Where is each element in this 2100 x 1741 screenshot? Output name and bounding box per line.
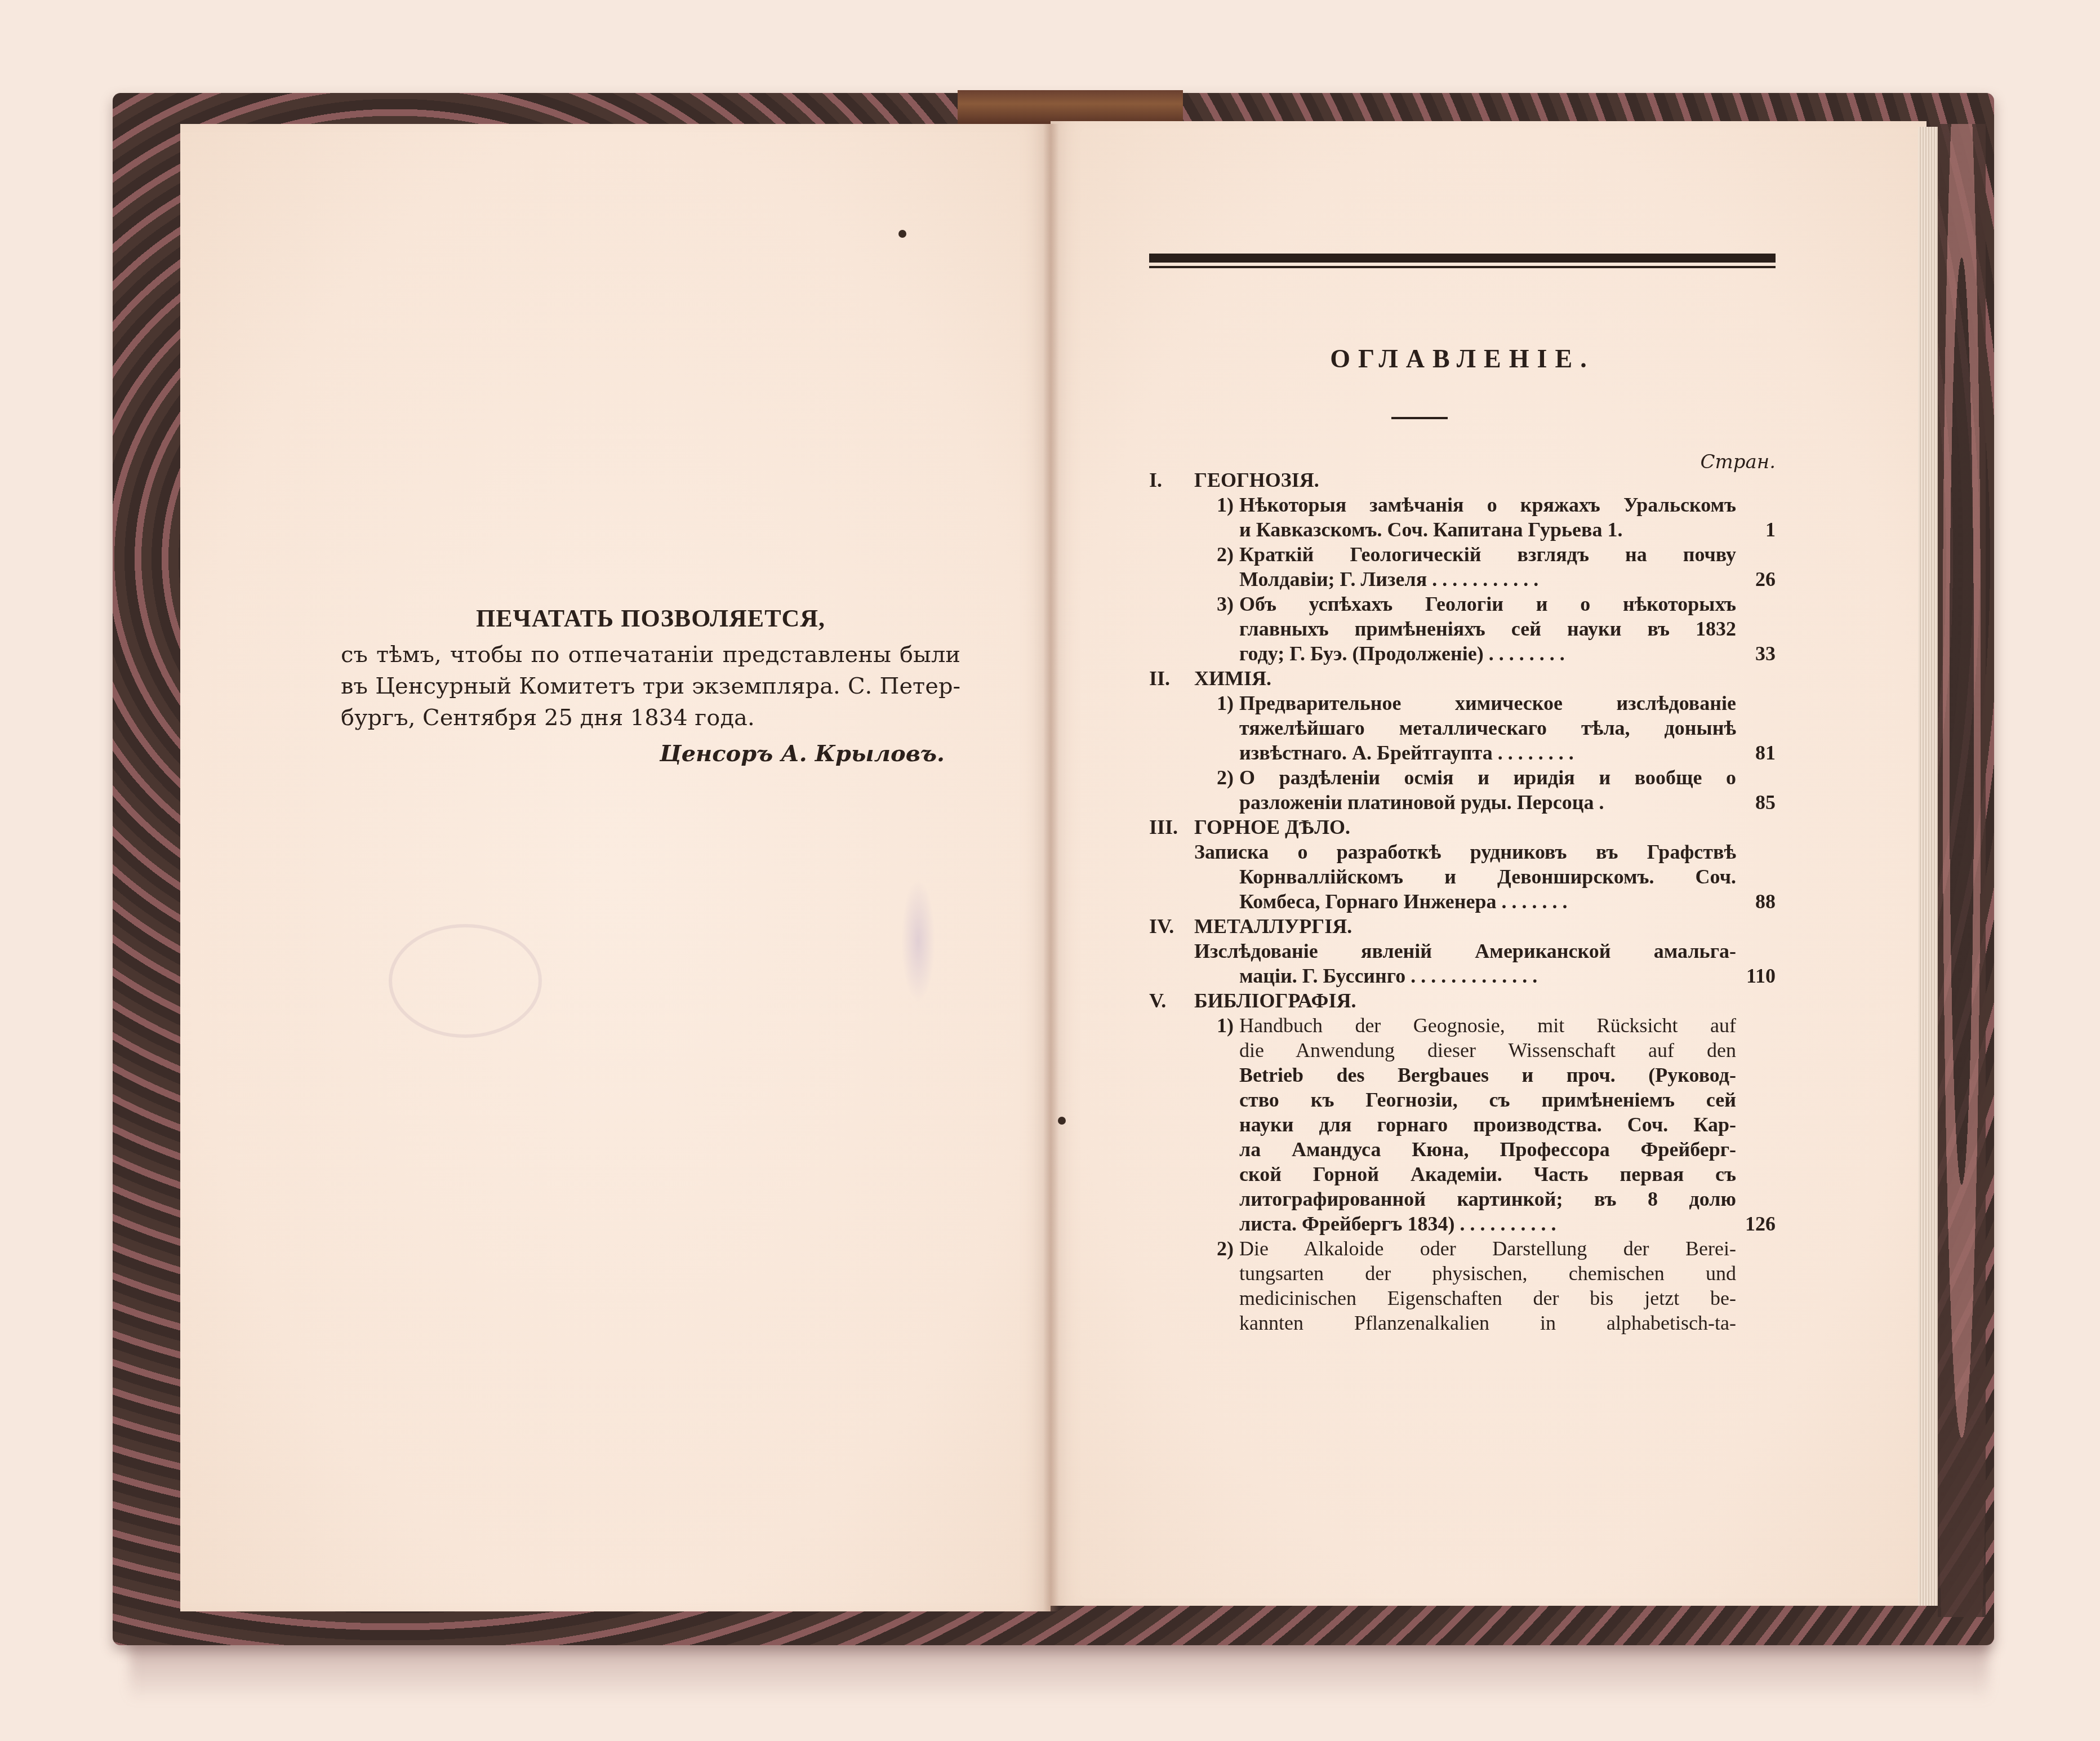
entry-line: die Anwendung dieser Wissenschaft auf de… bbox=[1239, 1038, 1736, 1063]
section-title: ГОРНОЕ ДѢЛО. bbox=[1194, 815, 1350, 840]
section-numeral: IV. bbox=[1149, 914, 1194, 939]
toc-entry[interactable]: 2) Краткій Геологическій взглядъ на почв… bbox=[1149, 542, 1776, 592]
entry-page-number: 126 bbox=[1736, 1211, 1776, 1236]
entry-line: Комбеса, Горнаго Инженера . . . . . . . bbox=[1239, 889, 1736, 914]
entry-page-number: 110 bbox=[1736, 963, 1776, 988]
ink-shelfmark-show-through bbox=[901, 879, 935, 1003]
section-numeral: V. bbox=[1149, 988, 1194, 1013]
section-numeral: II. bbox=[1149, 666, 1194, 691]
entry-line: главныхъ примѣненіяхъ сей науки въ 1832 bbox=[1239, 616, 1736, 641]
toc-entry[interactable]: 3) Объ успѣхахъ Геологіи и о нѣкоторыхъ … bbox=[1149, 592, 1776, 666]
imprimatur-line: бургъ, Сентября 25 дня 1834 года. bbox=[341, 702, 960, 734]
entry-line: литографированной картинкой; въ 8 долю bbox=[1239, 1187, 1736, 1211]
toc-section-heading: III. ГОРНОЕ ДѢЛО. bbox=[1149, 815, 1776, 840]
entry-line: medicinischen Eigenschaften der bis jetz… bbox=[1239, 1286, 1736, 1311]
entry-line: науки для горнаго производства. Соч. Кар… bbox=[1239, 1112, 1736, 1137]
section-title: МЕТАЛЛУРГІЯ. bbox=[1194, 914, 1352, 939]
toc-entry[interactable]: Изслѣдованіе явленій Американской амальг… bbox=[1149, 939, 1776, 988]
paper-speck bbox=[1058, 1117, 1066, 1125]
entry-line: и Кавказскомъ. Соч. Капитана Гурьева 1. bbox=[1239, 517, 1736, 542]
toc-title: ОГЛАВЛЕНІЕ. bbox=[1149, 344, 1776, 374]
entry-line: маціи. Г. Буссинго . . . . . . . . . . .… bbox=[1239, 963, 1736, 988]
entry-line: Записка о разработкѣ рудниковъ въ Графст… bbox=[1194, 840, 1736, 864]
entry-line: листа. Фрейбергъ 1834) . . . . . . . . .… bbox=[1239, 1211, 1736, 1236]
entry-number: 1) bbox=[1149, 691, 1239, 765]
entry-page-number: 81 bbox=[1736, 740, 1776, 765]
toc-entry[interactable]: 1) Handbuch der Geognosie, mit Rücksicht… bbox=[1149, 1013, 1776, 1236]
toc-section-heading: V. БИБЛІОГРАФІЯ. bbox=[1149, 988, 1776, 1013]
imprimatur-line: съ тѣмъ, чтобы по отпечатаніи представле… bbox=[341, 639, 960, 670]
entry-page-number: 26 bbox=[1736, 567, 1776, 592]
censorship-imprimatur: ПЕЧАТАТЬ ПОЗВОЛЯЕТСЯ, съ тѣмъ, чтобы по … bbox=[341, 603, 960, 770]
entry-line: Краткій Геологическій взглядъ на почву bbox=[1239, 542, 1736, 567]
entry-line: Предварительное химическое изслѣдованіе bbox=[1239, 691, 1736, 716]
entry-number: 2) bbox=[1149, 542, 1239, 592]
toc-entry[interactable]: 2) Die Alkaloide oder Darstellung der Be… bbox=[1149, 1236, 1776, 1335]
entry-number: 2) bbox=[1149, 1236, 1239, 1335]
entry-line: Betrieb des Bergbaues и проч. (Руковод- bbox=[1239, 1063, 1736, 1087]
book-spine-top bbox=[958, 90, 1183, 124]
imprimatur-heading: ПЕЧАТАТЬ ПОЗВОЛЯЕТСЯ, bbox=[341, 603, 960, 634]
page-block-edges bbox=[1918, 127, 1938, 1606]
toc-entry[interactable]: 1) Нѣкоторыя замѣчанія о кряжахъ Уральск… bbox=[1149, 492, 1776, 542]
entry-line: извѣстнаго. А. Брейтгаупта . . . . . . .… bbox=[1239, 740, 1736, 765]
library-stamp-show-through bbox=[389, 924, 542, 1038]
section-title: ГЕОГНОЗІЯ. bbox=[1194, 468, 1319, 492]
imprimatur-line: въ Ценсурный Комитетъ три экземпляра. С.… bbox=[341, 670, 960, 702]
table-of-contents: I. ГЕОГНОЗІЯ. 1) Нѣкоторыя замѣчанія о к… bbox=[1149, 468, 1776, 1335]
toc-entry[interactable]: 1) Предварительное химическое изслѣдован… bbox=[1149, 691, 1776, 765]
entry-line: О раздѣленіи осмія и иридія и вообще о bbox=[1239, 765, 1736, 790]
title-rule bbox=[1391, 417, 1448, 419]
entry-number: 1) bbox=[1149, 492, 1239, 542]
entry-line: Корнваллійскомъ и Девонширскомъ. Соч. bbox=[1239, 864, 1736, 889]
header-rule-thin bbox=[1149, 266, 1776, 268]
section-numeral: I. bbox=[1149, 468, 1194, 492]
book-cover-right-edge bbox=[1938, 124, 1986, 1617]
toc-entry[interactable]: 2) О раздѣленіи осмія и иридія и вообще … bbox=[1149, 765, 1776, 815]
toc-entry[interactable]: Записка о разработкѣ рудниковъ въ Графст… bbox=[1149, 840, 1776, 914]
book-gutter bbox=[1043, 124, 1059, 1611]
entry-line: ской Горной Академіи. Часть первая съ bbox=[1239, 1162, 1736, 1187]
entry-line: Изслѣдованіе явленій Американской амальг… bbox=[1194, 939, 1736, 963]
entry-line: Объ успѣхахъ Геологіи и о нѣкоторыхъ bbox=[1239, 592, 1736, 616]
toc-section-heading: II. ХИМІЯ. bbox=[1149, 666, 1776, 691]
entry-line: разложеніи платиновой руды. Персоца . bbox=[1239, 790, 1736, 815]
header-rule-thick bbox=[1149, 254, 1776, 263]
paper-speck bbox=[898, 230, 906, 238]
entry-line: Молдавіи; Г. Лизеля . . . . . . . . . . … bbox=[1239, 567, 1736, 592]
entry-number bbox=[1149, 840, 1194, 914]
entry-line: ла Амандуса Кюна, Профессора Фрейберг- bbox=[1239, 1137, 1736, 1162]
entry-line: году; Г. Буэ. (Продолженіе) . . . . . . … bbox=[1239, 641, 1736, 666]
entry-page-number: 1 bbox=[1736, 517, 1776, 542]
entry-line: kannten Pflanzenalkalien in alphabetisch… bbox=[1239, 1311, 1736, 1335]
toc-section-heading: IV. МЕТАЛЛУРГІЯ. bbox=[1149, 914, 1776, 939]
entry-number bbox=[1149, 939, 1194, 988]
censor-signature: Ценсоръ А. Крыловъ. bbox=[341, 738, 960, 770]
section-numeral: III. bbox=[1149, 815, 1194, 840]
toc-section-heading: I. ГЕОГНОЗІЯ. bbox=[1149, 468, 1776, 492]
section-title: БИБЛІОГРАФІЯ. bbox=[1194, 988, 1356, 1013]
entry-line: Die Alkaloide oder Darstellung der Berei… bbox=[1239, 1236, 1736, 1261]
entry-line: tungsarten der physischen, chemischen un… bbox=[1239, 1261, 1736, 1286]
entry-line: тяжелѣйшаго металлическаго тѣла, донынѣ bbox=[1239, 716, 1736, 740]
entry-page-number: 88 bbox=[1736, 889, 1776, 914]
entry-number: 3) bbox=[1149, 592, 1239, 666]
entry-page-number: 33 bbox=[1736, 641, 1776, 666]
entry-line: Handbuch der Geognosie, mit Rücksicht au… bbox=[1239, 1013, 1736, 1038]
entry-number: 2) bbox=[1149, 765, 1239, 815]
left-page bbox=[180, 124, 1051, 1611]
entry-number: 1) bbox=[1149, 1013, 1239, 1236]
section-title: ХИМІЯ. bbox=[1194, 666, 1271, 691]
entry-line: Нѣкоторыя замѣчанія о кряжахъ Уральскомъ bbox=[1239, 492, 1736, 517]
entry-line: ство къ Геогнозіи, съ примѣненіемъ сей bbox=[1239, 1087, 1736, 1112]
entry-page-number: 85 bbox=[1736, 790, 1776, 815]
